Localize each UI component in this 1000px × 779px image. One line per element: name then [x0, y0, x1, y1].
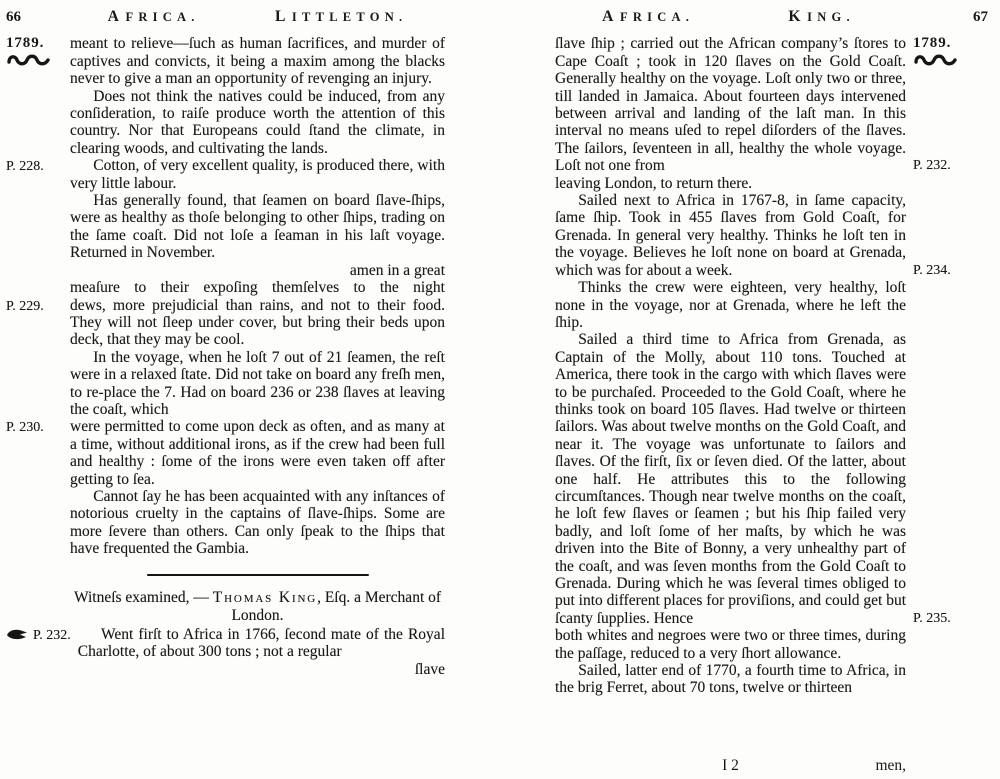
margin-column — [6, 192, 70, 296]
paragraph: dews, more prejudicial than rains, and n… — [70, 297, 445, 349]
section-divider-rule — [147, 574, 369, 577]
defective-print-line: amen in a great — [70, 262, 445, 279]
page-ref-note: P. 232. — [913, 157, 992, 174]
text-column: were permitted to come upon deck as ofte… — [70, 418, 445, 488]
text-block: 1789. meant to relieve—ſuch as human ſac… — [6, 35, 445, 87]
text-column: Went firſt to Africa in 1766, ſecond mat… — [78, 626, 445, 661]
page-footer: I 2 men, — [555, 757, 906, 774]
text-column: In the voyage, when he loſt 7 out of 21 … — [70, 349, 445, 419]
text-column: leaving London, to return there. — [555, 175, 906, 192]
paragraph: Went firſt to Africa in 1766, ſecond mat… — [78, 626, 445, 661]
text-column: Sailed, latter end of 1770, a fourth tim… — [555, 662, 906, 697]
folio-number-left: 66 — [6, 9, 70, 26]
paragraph: Sailed, latter end of 1770, a fourth tim… — [555, 662, 906, 697]
margin-column — [6, 661, 70, 678]
paragraph: Has generally found, that ſeamen on boar… — [70, 192, 445, 262]
margin-column: P. 228. — [6, 157, 70, 192]
text-column: Thinks the crew were eighteen, very heal… — [555, 279, 906, 331]
margin-column — [906, 279, 992, 331]
paragraph: ſlave ſhip ; carried out the African com… — [555, 35, 906, 174]
paragraph: were permitted to come upon deck as ofte… — [70, 418, 445, 488]
margin-column: 1789. — [6, 35, 70, 87]
page-ref-note-with-pointer: P. 232. — [6, 628, 71, 643]
margin-spacer — [913, 331, 992, 610]
text-block: Cannot ſay he has been acquainted with a… — [6, 488, 445, 624]
margin-column: P. 234. — [906, 192, 992, 279]
text-block: P. 228. Cotton, of very excellent qualit… — [6, 157, 445, 192]
running-witness-name-left: LITTLETON. — [275, 8, 407, 26]
running-head-titles-left: AFRICA. LITTLETON. — [70, 8, 445, 26]
margin-column: 1789. P. 232. — [906, 35, 992, 174]
margin-column: P. 232. — [6, 626, 78, 661]
running-head-titles-right: AFRICA. KING. — [555, 8, 902, 26]
page-66: 66 AFRICA. LITTLETON. 1789. meant to rel… — [0, 0, 500, 779]
page-ref-note: P. 228. — [6, 159, 44, 174]
folio-number-right: 67 — [902, 9, 992, 26]
text-column: Sailed a third time to Africa from Grena… — [555, 331, 906, 627]
margin-column: P. 229. — [6, 297, 70, 349]
page-67: AFRICA. KING. 67 ſlave ſhip ; carried ou… — [500, 0, 1000, 779]
running-head-right: AFRICA. KING. 67 — [555, 8, 992, 26]
text-column: Has generally found, that ſeamen on boar… — [70, 192, 445, 296]
text-block: leaving London, to return there. — [555, 175, 992, 192]
text-block: Thinks the crew were eighteen, very heal… — [555, 279, 992, 331]
text-block: Does not think the natives could be indu… — [6, 88, 445, 158]
margin-column — [906, 627, 992, 662]
text-column: ſlave ſhip ; carried out the African com… — [555, 35, 906, 174]
witness-heading: Witneſs examined, — Thomas King, Eſq. a … — [70, 589, 445, 624]
squiggle-underline-icon — [913, 53, 959, 67]
text-block: P. 232. Went firſt to Africa in 1766, ſe… — [6, 626, 445, 661]
margin-column: P. 230. — [6, 418, 70, 488]
year-label: 1789. — [913, 35, 951, 52]
text-block: Sailed, latter end of 1770, a fourth tim… — [555, 662, 992, 697]
paragraph: both whites and negroes were two or thre… — [555, 627, 906, 662]
running-title-right: AFRICA. — [602, 8, 694, 26]
paragraph: Cotton, of very excellent quality, is pr… — [70, 157, 445, 192]
book-spread: 66 AFRICA. LITTLETON. 1789. meant to rel… — [0, 0, 1000, 779]
page-ref-label: P. 232. — [33, 628, 71, 643]
margin-spacer — [913, 67, 992, 157]
gathering-signature: I 2 — [722, 757, 739, 774]
paragraph: In the voyage, when he loſt 7 out of 21 … — [70, 349, 445, 419]
page-ref-note: P. 229. — [6, 299, 44, 314]
year-label: 1789. — [6, 35, 44, 52]
manicule-icon — [6, 628, 28, 641]
page-ref-note: P. 230. — [6, 420, 44, 435]
margin-column: P. 235. — [906, 331, 992, 627]
witness-name: Thomas King — [213, 589, 317, 606]
margin-column — [906, 175, 992, 192]
paragraph: meaſure to their expoſing themſelves to … — [70, 279, 445, 296]
paragraph: Sailed next to Africa in 1767-8, in ſame… — [555, 192, 906, 279]
text-column: Cannot ſay he has been acquainted with a… — [70, 488, 445, 624]
running-witness-name-right: KING. — [788, 8, 854, 26]
text-block: both whites and negroes were two or thre… — [555, 627, 992, 662]
text-block: ſlave — [6, 661, 445, 678]
text-block: Has generally found, that ſeamen on boar… — [6, 192, 445, 296]
margin-column — [906, 662, 992, 697]
text-column: ſlave — [70, 661, 445, 678]
text-block: P. 230. were permitted to come upon deck… — [6, 418, 445, 488]
running-head-left: 66 AFRICA. LITTLETON. — [6, 8, 445, 26]
text-column: Sailed next to Africa in 1767-8, in ſame… — [555, 192, 906, 279]
margin-year-note: 1789. — [913, 35, 992, 66]
squiggle-underline-icon — [6, 53, 52, 67]
text-column: meant to relieve—ſuch as human ſacrifice… — [70, 35, 445, 87]
text-block: Sailed next to Africa in 1767-8, in ſame… — [555, 192, 992, 279]
text-column: both whites and negroes were two or thre… — [555, 627, 906, 662]
paragraph: Cannot ſay he has been acquainted with a… — [70, 488, 445, 558]
text-column: Cotton, of very excellent quality, is pr… — [70, 157, 445, 192]
paragraph: Sailed a third time to Africa from Grena… — [555, 331, 906, 627]
margin-column — [6, 488, 70, 624]
paragraph: leaving London, to return there. — [555, 175, 906, 192]
catchword: men, — [739, 757, 906, 774]
text-block: ſlave ſhip ; carried out the African com… — [555, 35, 992, 174]
margin-year-note: 1789. — [6, 35, 68, 66]
witness-heading-prefix: Witneſs examined, — — [74, 589, 213, 606]
page-ref-note: P. 234. — [913, 262, 992, 279]
text-column: Does not think the natives could be indu… — [70, 88, 445, 158]
text-block: Sailed a third time to Africa from Grena… — [555, 331, 992, 627]
margin-column — [6, 349, 70, 419]
paragraph: Thinks the crew were eighteen, very heal… — [555, 279, 906, 331]
page-ref-note: P. 235. — [913, 610, 992, 627]
paragraph: Does not think the natives could be indu… — [70, 88, 445, 158]
running-title-left: AFRICA. — [108, 8, 200, 26]
text-column: dews, more prejudicial than rains, and n… — [70, 297, 445, 349]
text-block: P. 229. dews, more prejudicial than rain… — [6, 297, 445, 349]
margin-spacer — [913, 192, 992, 262]
margin-column — [6, 88, 70, 158]
catchword: ſlave — [70, 661, 445, 678]
paragraph: meant to relieve—ſuch as human ſacrifice… — [70, 35, 445, 87]
text-block: In the voyage, when he loſt 7 out of 21 … — [6, 349, 445, 419]
